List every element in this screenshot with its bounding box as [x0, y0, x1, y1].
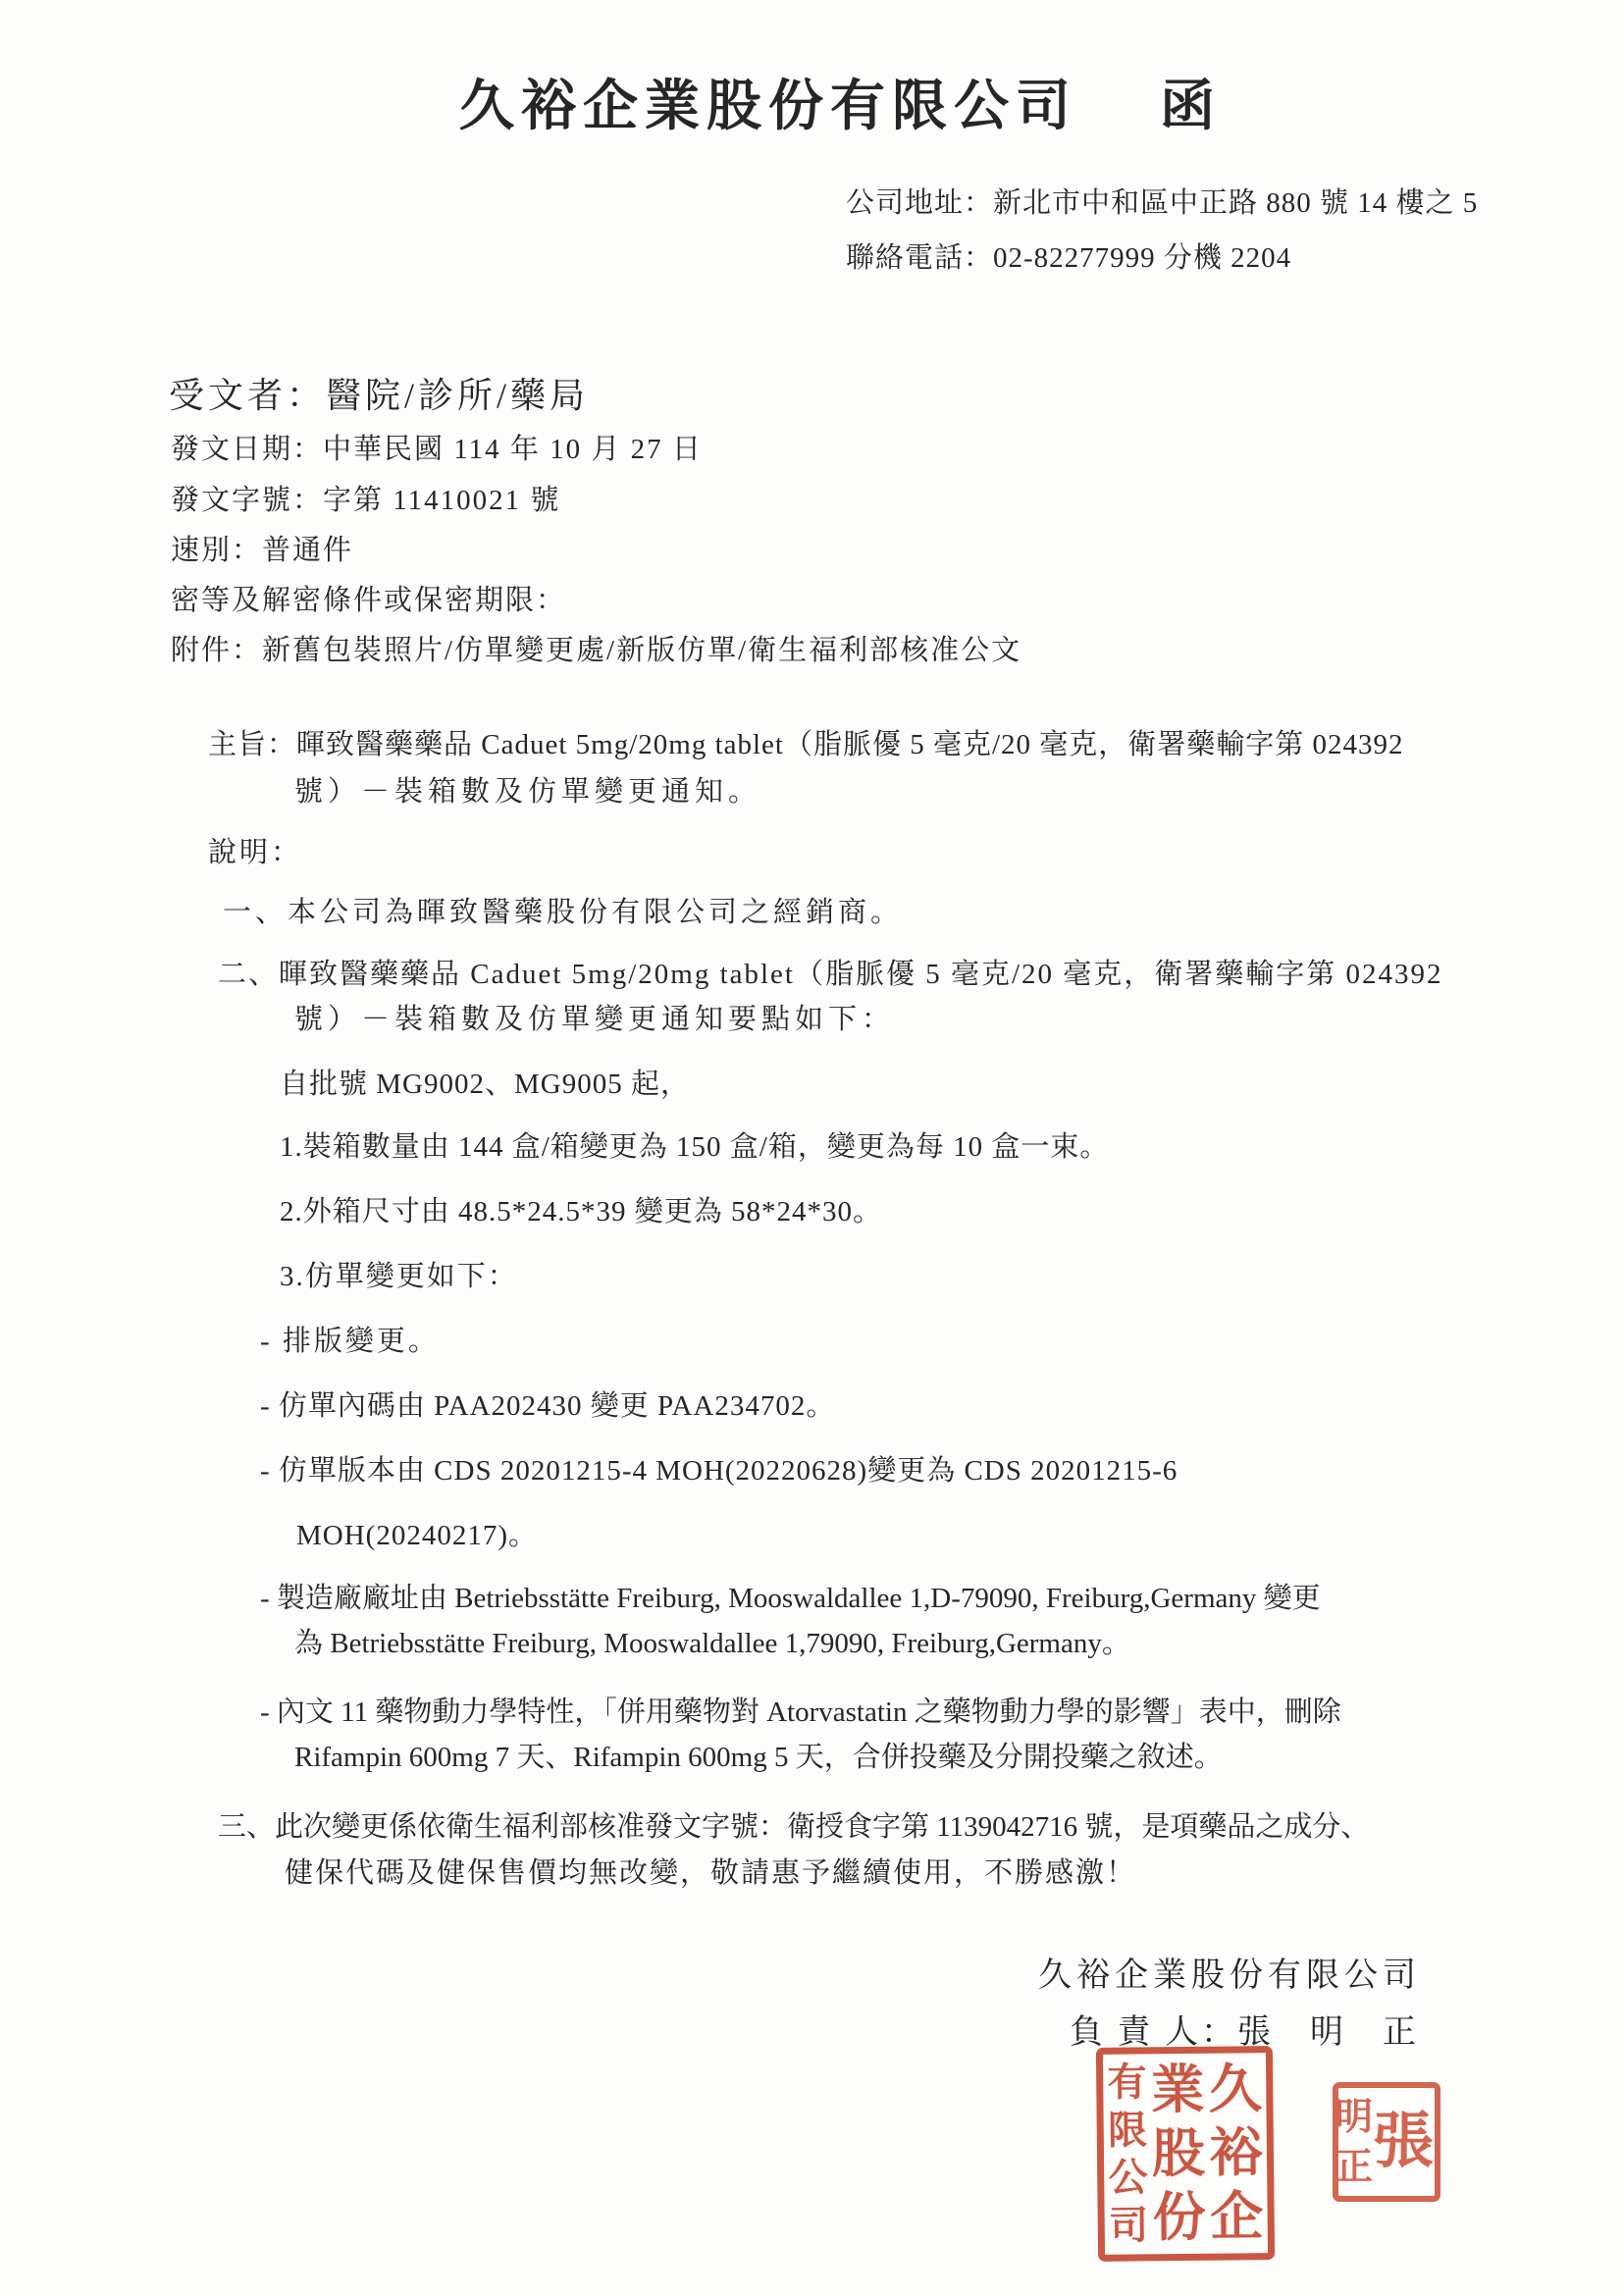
seal-char: 司 [1109, 2206, 1148, 2245]
company-seal-stamp: 久裕企業股份有限公司 [1096, 2046, 1275, 2262]
change-layout-line: - 排版變更。 [260, 1325, 440, 1358]
doc-title: 久裕企業股份有限公司 函 [459, 75, 1222, 139]
seal-char: 限 [1108, 2111, 1147, 2150]
change-pk-line-2: Rifampin 600mg 7 天、Rifampin 600mg 5 天，合併… [294, 1741, 1223, 1774]
change-pk-line-1: - 內文 11 藥物動力學特性，「併用藥物對 Atorvastatin 之藥物動… [260, 1696, 1341, 1729]
item-2-line-2: 號）－裝箱數及仿單變更通知要點如下： [294, 1003, 895, 1036]
speed-class-line: 速別：普通件 [171, 534, 353, 567]
seal-char: 業 [1151, 2063, 1205, 2117]
company-address-line: 公司地址：新北市中和區中正路 880 號 14 樓之 5 [846, 186, 1478, 220]
signature-company-line: 久裕企業股份有限公司 [1038, 1957, 1421, 1996]
point-1-line: 1.裝箱數量由 144 盒/箱變更為 150 盒/箱，變更為每 10 盒一束。 [280, 1130, 1109, 1164]
person-name-seal-stamp: 張明正 [1333, 2082, 1440, 2202]
seal-char: 張 [1373, 2112, 1434, 2172]
doc-number-line: 發文字號：字第 11410021 號 [171, 484, 560, 517]
issue-date-line: 發文日期：中華民國 114 年 10 月 27 日 [171, 433, 703, 466]
change-site-line-1: - 製造廠廠址由 Betriebsstätte Freiburg, Mooswa… [260, 1582, 1321, 1615]
seal-char: 企 [1210, 2190, 1264, 2244]
item-3-line-1: 三、此次變更係依衛生福利部核准發文字號：衛授食字第 1139042716 號，是… [218, 1810, 1369, 1844]
item-2-line-1: 二、暉致醫藥藥品 Caduet 5mg/20mg tablet（脂脈優 5 毫克… [218, 958, 1443, 991]
seal-char: 正 [1335, 2149, 1373, 2186]
item-3-line-2: 健保代碼及健保售價均無改變，敬請惠予繼續使用，不勝感激！ [285, 1856, 1136, 1890]
seal-char: 股 [1152, 2127, 1206, 2181]
seal-char: 明 [1335, 2099, 1373, 2136]
seal-column: 業股份 [1149, 2059, 1209, 2250]
seal-char: 裕 [1209, 2126, 1263, 2180]
seal-column: 有限公司 [1105, 2059, 1151, 2249]
seal-char: 公 [1108, 2159, 1147, 2198]
subject-line-2: 號）－裝箱數及仿單變更通知。 [294, 775, 761, 809]
change-site-line-2: 為 Betriebsstätte Freiburg, Mooswaldallee… [294, 1627, 1130, 1660]
explanation-label: 說明： [208, 836, 302, 869]
subject-line-1: 主旨：暉致醫藥藥品 Caduet 5mg/20mg tablet（脂脈優 5 毫… [208, 728, 1404, 761]
attachment-line: 附件：新舊包裝照片/仿單變更處/新版仿單/衛生福利部核准公文 [171, 634, 1021, 667]
seal-column: 張 [1373, 2092, 1434, 2192]
security-class-line: 密等及解密條件或保密期限： [171, 584, 566, 617]
change-version-line-2: MOH(20240217)。 [296, 1519, 538, 1552]
company-phone-line: 聯絡電話：02-82277999 分機 2204 [846, 241, 1291, 275]
item-1-line: 一、本公司為暉致醫藥股份有限公司之經銷商。 [223, 896, 903, 929]
change-version-line-1: - 仿單版本由 CDS 20201215-4 MOH(20220628)變更為 … [260, 1454, 1178, 1487]
point-3-line: 3.仿單變更如下： [280, 1260, 518, 1293]
change-code-line: - 仿單內碼由 PAA202430 變更 PAA234702。 [260, 1389, 835, 1423]
seal-char: 久 [1209, 2063, 1263, 2117]
batch-line: 自批號 MG9002、MG9005 起， [280, 1068, 690, 1101]
recipient-line: 受文者：醫院/診所/藥局 [169, 375, 589, 416]
seal-char: 份 [1152, 2190, 1206, 2244]
point-2-line: 2.外箱尺寸由 48.5*24.5*39 變更為 58*24*30。 [280, 1195, 882, 1228]
letter-page: 久裕企業股份有限公司 函公司地址：新北市中和區中正路 880 號 14 樓之 5… [0, 0, 1623, 2296]
seal-column: 久裕企 [1206, 2058, 1266, 2249]
seal-char: 有 [1107, 2063, 1146, 2103]
seal-column: 明正 [1335, 2092, 1373, 2192]
